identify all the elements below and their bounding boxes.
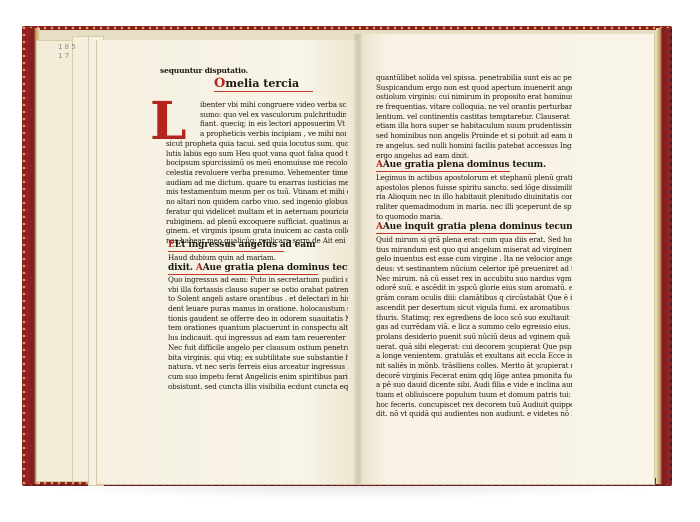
right-text-column-2: Legimus in actibus apostolorum et stepha… xyxy=(376,173,572,221)
right-text-column-1: quantūlibet solida vel spissa. penetrabi… xyxy=(376,73,572,160)
right-rubric-2: AAue inquit gratia plena dominus tecum xyxy=(376,222,572,234)
pencil-note-2: 1 7 xyxy=(58,52,76,61)
left-text-column-1: ibenter vbi mihi congruere video verba s… xyxy=(200,100,346,139)
rubric-aue-gratia-right: AAue gratia plena dominus tecum. xyxy=(376,160,510,172)
left-text-column-2: sicut propheta quia tacui. sed quia locu… xyxy=(166,139,348,246)
book-gutter xyxy=(354,34,362,484)
left-incipit: sequuntur disputatio. xyxy=(160,66,280,76)
pencil-note-1: 1 8 5 xyxy=(58,43,76,52)
title-initial: O xyxy=(214,76,225,91)
right-rubric-1: AAue gratia plena dominus tecum. xyxy=(376,160,572,172)
pencil-notes: 1 8 5 1 7 xyxy=(58,43,76,61)
rubric-aue-inquit: AAue inquit gratia plena dominus tecum xyxy=(376,222,536,234)
right-text-column-3: Quid mirum si grā plena erat: cum qua di… xyxy=(376,235,572,419)
rubric-et-ingressus: EEt ingressus angelus ad eam xyxy=(168,240,284,252)
left-text-column-3: Quo ingressus ad eam: Puto in secretariu… xyxy=(168,275,348,391)
left-rubric-section: EEt ingressus angelus ad eam Haud dubium… xyxy=(168,240,348,275)
cover-edge-right xyxy=(656,28,670,484)
rubric-aue-gratia-left: dixit. AAue gratia plena dominus tecum xyxy=(168,263,318,275)
homily-title: Omelia tercia xyxy=(214,76,313,92)
